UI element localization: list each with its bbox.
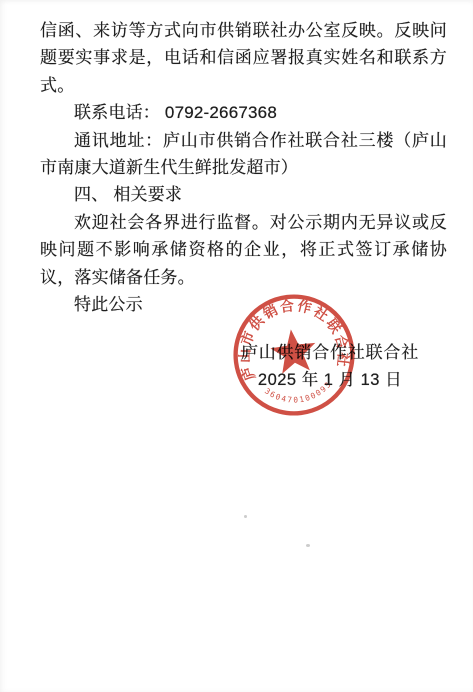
- contact-address-line: 通讯地址：庐山市供销合作社联合社三楼（庐山市南康大道新生代生鲜批发超市）: [40, 127, 447, 182]
- paragraph-continuation: 信函、来访等方式向市供销联社办公室反映。反映问题要实事求是，电话和信函应署报真实…: [40, 17, 447, 99]
- signature-date: 2025 年 1 月 13 日: [241, 367, 419, 394]
- scan-speck: [306, 544, 310, 547]
- contact-phone-line: 联系电话： 0792-2667368: [40, 99, 447, 126]
- signature-block: 庐山供销合作社联合社 2025 年 1 月 13 日: [241, 339, 419, 394]
- document-body: 信函、来访等方式向市供销联社办公室反映。反映问题要实事求是，电话和信函应署报真实…: [0, 0, 473, 318]
- supervision-paragraph: 欢迎社会各界进行监督。对公示期内无异议或反映问题不影响承储资格的企业，将正式签订…: [40, 209, 447, 291]
- scan-speck: [244, 515, 247, 518]
- closing-line: 特此公示: [40, 291, 447, 318]
- signature-org: 庐山供销合作社联合社: [241, 339, 419, 366]
- document-page: 信函、来访等方式向市供销联社办公室反映。反映问题要实事求是，电话和信函应署报真实…: [0, 0, 473, 692]
- section-heading: 四、 相关要求: [40, 181, 447, 208]
